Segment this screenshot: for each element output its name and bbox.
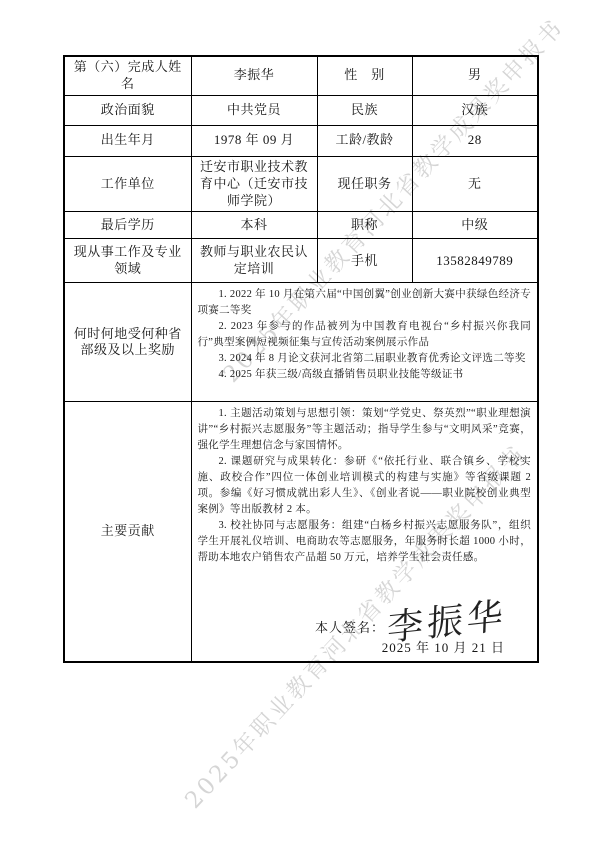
field-label-contributions: 主要贡献 bbox=[64, 402, 191, 662]
contributions-content: 1. 主题活动策划与思想引领：策划“学党史、祭英烈”“职业理想演讲”“乡村振兴志… bbox=[191, 402, 538, 662]
info-row-politics-ethnicity: 政治面貌 中共党员 民族 汉族 bbox=[64, 95, 538, 125]
field-label-awards: 何时何地受何种省部级及以上奖励 bbox=[64, 283, 191, 402]
field-value-ethnicity: 汉族 bbox=[412, 95, 538, 125]
award-item: 1. 2022 年 10 月在第六届“中国创翼”创业创新大赛中获绿色经济专项赛二… bbox=[198, 287, 532, 319]
signature-handwritten-name: 李振华 bbox=[387, 599, 507, 644]
info-row-workunit-position: 工作单位 迁安市职业技术教育中心（迁安市技师学院） 现任职务 无 bbox=[64, 156, 538, 212]
field-value-seniority: 28 bbox=[412, 125, 538, 156]
field-value-political-status: 中共党员 bbox=[191, 95, 317, 125]
field-value-work-unit: 迁安市职业技术教育中心（迁安市技师学院） bbox=[191, 156, 317, 212]
field-label-education: 最后学历 bbox=[64, 212, 191, 239]
signature-line: 本人签名： 李振华 bbox=[198, 582, 532, 634]
contribution-item: 3. 校社协同与志愿服务：组建“白杨乡村振兴志愿服务队”，组织学生开展礼仪培训、… bbox=[198, 518, 532, 566]
field-label-professional-title: 职称 bbox=[317, 212, 412, 239]
field-value-birth-date: 1978 年 09 月 bbox=[191, 125, 317, 156]
field-label-current-work-field: 现从事工作及专业领域 bbox=[64, 239, 191, 283]
info-row-field-phone: 现从事工作及专业领域 教师与职业农民认定培训 手机 13582849789 bbox=[64, 239, 538, 283]
completer-info-table: 第（六）完成人姓名 李振华 性 别 男 政治面貌 中共党员 民族 汉族 出生年月… bbox=[63, 55, 539, 663]
signature-label: 本人签名： bbox=[315, 621, 385, 634]
award-item: 2. 2023 年参与的作品被列为中国教育电视台“乡村振兴你我同行”典型案例短视… bbox=[198, 319, 532, 351]
field-label-ethnicity: 民族 bbox=[317, 95, 412, 125]
contributions-row: 主要贡献 1. 主题活动策划与思想引领：策划“学党史、祭英烈”“职业理想演讲”“… bbox=[64, 402, 538, 662]
field-label-birth-date: 出生年月 bbox=[64, 125, 191, 156]
contribution-item: 1. 主题活动策划与思想引领：策划“学党史、祭英烈”“职业理想演讲”“乡村振兴志… bbox=[198, 406, 532, 454]
field-label-work-unit: 工作单位 bbox=[64, 156, 191, 212]
document-page: 2025年职业教育河北省教学成果奖申报书 2025年职业教育河北省教学成果奖申报… bbox=[0, 0, 600, 848]
award-item: 4. 2025 年获三级/高级直播销售员职业技能等级证书 bbox=[198, 367, 532, 383]
field-value-professional-title: 中级 bbox=[412, 212, 538, 239]
signature-date: 2025 年 10 月 21 日 bbox=[198, 638, 532, 658]
field-label-completer-name: 第（六）完成人姓名 bbox=[64, 56, 191, 95]
info-row-education-title: 最后学历 本科 职称 中级 bbox=[64, 212, 538, 239]
info-row-birth-seniority: 出生年月 1978 年 09 月 工龄/教龄 28 bbox=[64, 125, 538, 156]
field-label-current-position: 现任职务 bbox=[317, 156, 412, 212]
field-value-education: 本科 bbox=[191, 212, 317, 239]
field-label-political-status: 政治面貌 bbox=[64, 95, 191, 125]
field-label-gender: 性 别 bbox=[317, 56, 412, 95]
field-value-completer-name: 李振华 bbox=[191, 56, 317, 95]
field-value-mobile: 13582849789 bbox=[412, 239, 538, 283]
field-value-current-position: 无 bbox=[412, 156, 538, 212]
contribution-item: 2. 课题研究与成果转化：参研《“依托行业、联合镇乡、学校实施、政校合作”四位一… bbox=[198, 454, 532, 518]
field-label-mobile: 手机 bbox=[317, 239, 412, 283]
field-label-seniority: 工龄/教龄 bbox=[317, 125, 412, 156]
field-value-gender: 男 bbox=[412, 56, 538, 95]
awards-content: 1. 2022 年 10 月在第六届“中国创翼”创业创新大赛中获绿色经济专项赛二… bbox=[191, 283, 538, 402]
awards-row: 何时何地受何种省部级及以上奖励 1. 2022 年 10 月在第六届“中国创翼”… bbox=[64, 283, 538, 402]
field-value-current-work-field: 教师与职业农民认定培训 bbox=[191, 239, 317, 283]
info-row-name-gender: 第（六）完成人姓名 李振华 性 别 男 bbox=[64, 56, 538, 95]
award-item: 3. 2024 年 8 月论文获河北省第二届职业教育优秀论文评选二等奖 bbox=[198, 351, 532, 367]
